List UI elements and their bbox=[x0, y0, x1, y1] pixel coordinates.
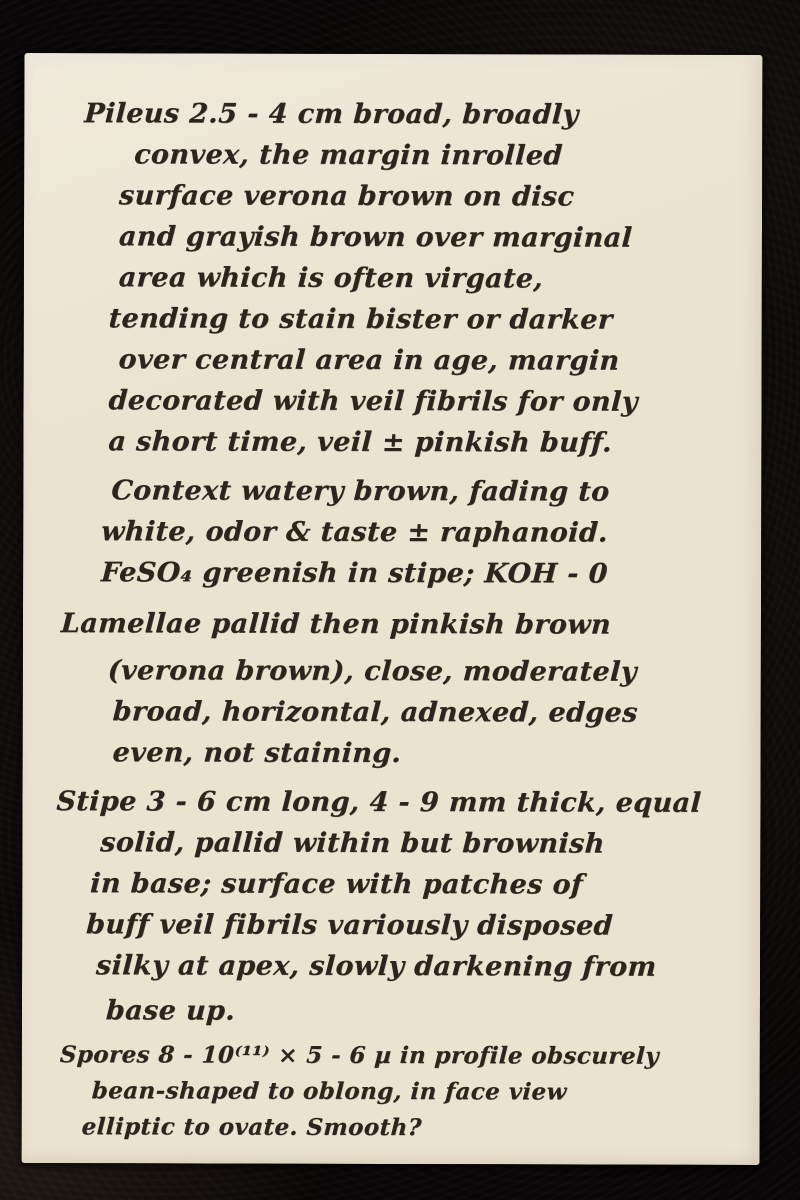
handwritten-line: FeSO₄ greenish in stipe; KOH - 0 bbox=[100, 552, 744, 595]
handwritten-line: solid, pallid within but brownish bbox=[99, 822, 743, 865]
handwritten-line: bean-shaped to oblong, in face view bbox=[91, 1073, 743, 1111]
handwritten-line: broad, horizontal, adnexed, edges bbox=[112, 691, 744, 734]
handwritten-line: white, odor & taste ± raphanoid. bbox=[100, 511, 744, 554]
photo-background: Pileus 2.5 - 4 cm broad, broadlyconvex, … bbox=[0, 0, 800, 1200]
handwritten-line: elliptic to ovate. Smooth? bbox=[81, 1109, 743, 1147]
handwritten-line: and grayish brown over marginal bbox=[118, 216, 745, 259]
handwritten-line: Spores 8 - 10⁽¹¹⁾ × 5 - 6 µ in profile o… bbox=[59, 1037, 743, 1075]
handwritten-line: silky at apex, slowly darkening from bbox=[95, 945, 743, 988]
handwritten-line: even, not staining. bbox=[111, 732, 743, 775]
handwritten-line: buff veil fibrils variously disposed bbox=[85, 904, 743, 947]
handwritten-line: Pileus 2.5 - 4 cm broad, broadly bbox=[83, 93, 745, 136]
handwritten-line: Stipe 3 - 6 cm long, 4 - 9 mm thick, equ… bbox=[55, 781, 743, 824]
handwritten-line: decorated with veil fibrils for only bbox=[107, 380, 744, 423]
handwritten-line: in base; surface with patches of bbox=[89, 863, 743, 906]
handwritten-line: convex, the margin inrolled bbox=[133, 134, 745, 177]
handwritten-line: (verona brown), close, moderately bbox=[107, 650, 744, 693]
handwritten-line: Context watery brown, fading to bbox=[110, 470, 744, 513]
note-card-lines: Pileus 2.5 - 4 cm broad, broadlyconvex, … bbox=[22, 93, 745, 1147]
handwritten-line: area which is often virgate, bbox=[118, 257, 745, 300]
handwritten-line: tending to stain bister or darker bbox=[108, 298, 745, 341]
handwritten-line: Lamellae pallid then pinkish brown bbox=[60, 603, 744, 646]
handwritten-line: surface verona brown on disc bbox=[118, 175, 745, 218]
handwritten-line: base up. bbox=[105, 990, 743, 1033]
note-card: Pileus 2.5 - 4 cm broad, broadlyconvex, … bbox=[22, 53, 763, 1165]
handwritten-line: a short time, veil ± pinkish buff. bbox=[107, 421, 744, 464]
handwritten-line: over central area in age, margin bbox=[118, 339, 745, 382]
